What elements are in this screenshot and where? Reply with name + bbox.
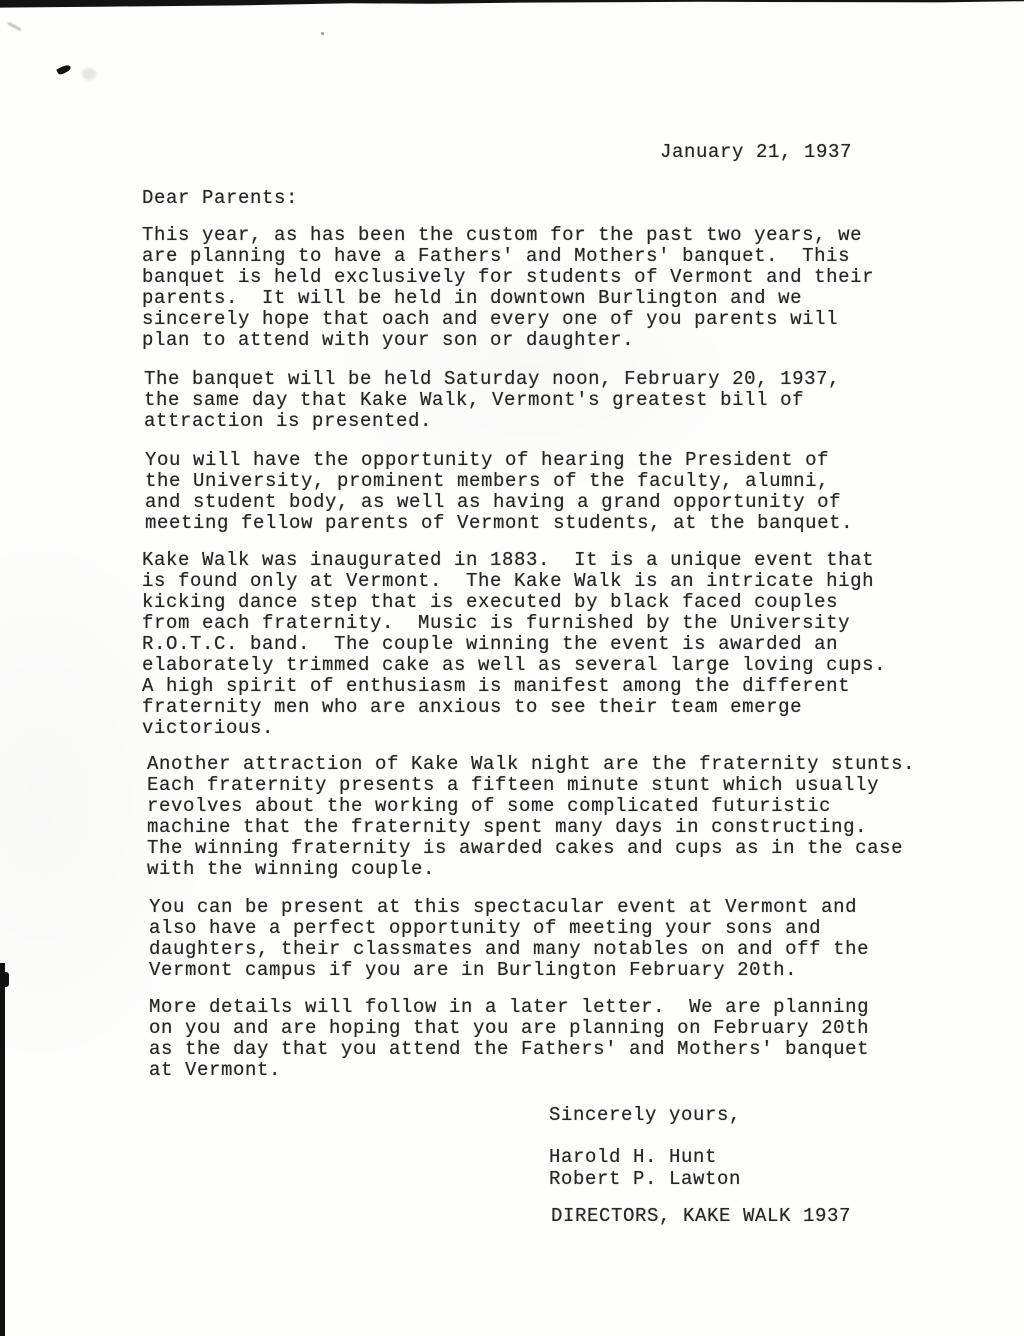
paragraph-1: This year, as has been the custom for th… xyxy=(142,225,874,351)
scan-edge-left-artifact xyxy=(0,963,5,1336)
paragraph-4: Kake Walk was inaugurated in 1883. It is… xyxy=(142,550,886,739)
scan-edge-left-notch-artifact xyxy=(0,972,9,987)
signatory-2: Robert P. Lawton xyxy=(549,1169,741,1190)
paragraph-5: Another attraction of Kake Walk night ar… xyxy=(147,754,915,880)
ink-blot-artifact xyxy=(56,63,72,76)
paragraph-6: You can be present at this spectacular e… xyxy=(149,897,869,981)
pencil-smudge-artifact xyxy=(82,68,96,80)
signoff: DIRECTORS, KAKE WALK 1937 xyxy=(551,1206,851,1227)
pencil-mark-artifact xyxy=(7,22,22,32)
scanned-letter-page: January 21, 1937 Dear Parents: This year… xyxy=(0,0,1024,1336)
closing: Sincerely yours, xyxy=(549,1105,741,1126)
signatory-1: Harold H. Hunt xyxy=(549,1147,717,1168)
paragraph-3: You will have the opportunity of hearing… xyxy=(145,450,853,534)
letter-date: January 21, 1937 xyxy=(660,142,852,163)
scan-edge-top-artifact xyxy=(0,0,1024,10)
salutation: Dear Parents: xyxy=(142,188,298,209)
paragraph-2: The banquet will be held Saturday noon, … xyxy=(144,369,840,432)
scan-speck-artifact xyxy=(321,32,324,35)
paragraph-7: More details will follow in a later lett… xyxy=(149,997,869,1081)
